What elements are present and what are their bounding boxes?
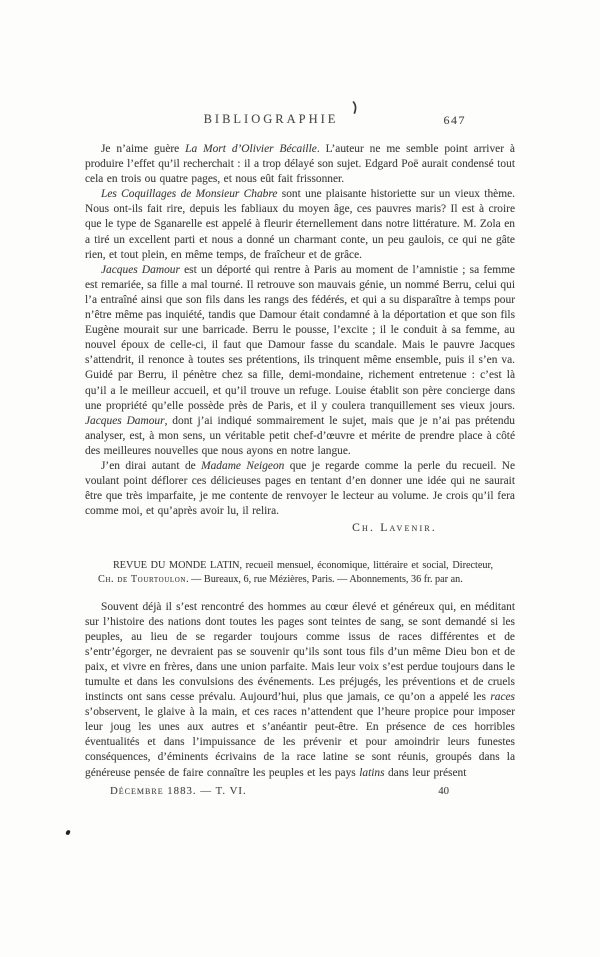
text-run: Jacques Damour	[101, 264, 180, 276]
text-run: J’en dirai autant de	[101, 460, 201, 472]
paragraph-madame-neigeon: J’en dirai autant de Madame Neigeon que …	[85, 459, 515, 519]
text-run: Jacques Damour	[85, 415, 165, 427]
text-run: REVUE DU MONDE LATIN, recueil mensuel, é…	[113, 560, 493, 571]
review-article: Je n’aime guère La Mort d’Olivier Bécail…	[85, 142, 515, 534]
gathering-number: 40	[438, 785, 449, 797]
text-block: BIBLIOGRAPHIE 647 Je n’aime guère La Mor…	[85, 112, 515, 797]
paragraph-jacques-damour: Jacques Damour est un déporté qui rentre…	[85, 263, 515, 459]
ink-speck	[65, 830, 70, 836]
page-number: 647	[444, 113, 467, 128]
volume-date-label: Décembre 1883. — T. VI.	[110, 785, 247, 797]
paragraph-olivier-becaille: Je n’aime guère La Mort d’Olivier Bécail…	[85, 142, 515, 187]
running-head: BIBLIOGRAPHIE 647	[85, 112, 515, 129]
text-run: Je n’aime guère	[101, 143, 185, 155]
text-run: Ch. de Tourtoulon	[98, 574, 186, 585]
text-run: . — Bureaux, 6, rue Mézières, Paris. — A…	[186, 574, 463, 585]
pen-mark	[351, 101, 360, 119]
author-signature: Ch. Lavenir.	[85, 521, 515, 534]
journal-notice: REVUE DU MONDE LATIN, recueil mensuel, é…	[98, 559, 493, 586]
second-article: Souvent déjà il s’est rencontré des homm…	[85, 600, 515, 781]
text-run: latins	[359, 767, 384, 779]
text-run: La Mort d’Olivier Bécaille	[185, 143, 317, 155]
text-run: Les Coquillages de Monsieur Chabre	[101, 188, 277, 200]
text-run: Madame Neigeon	[201, 460, 284, 472]
paragraph-monde-latin: Souvent déjà il s’est rencontré des homm…	[85, 600, 515, 781]
text-run: est un déporté qui rentre à Paris au mom…	[85, 264, 515, 412]
running-head-title: BIBLIOGRAPHIE	[204, 112, 339, 126]
paragraph-coquillages: Les Coquillages de Monsieur Chabre sont …	[85, 187, 515, 262]
text-run: Souvent déjà il s’est rencontré des homm…	[85, 601, 515, 704]
text-run: dans leur présent	[385, 767, 467, 779]
notice-text: REVUE DU MONDE LATIN, recueil mensuel, é…	[98, 559, 493, 586]
page-footer: Décembre 1883. — T. VI. 40	[85, 785, 515, 797]
text-run: races	[490, 691, 515, 703]
scanned-book-page: BIBLIOGRAPHIE 647 Je n’aime guère La Mor…	[0, 0, 600, 957]
